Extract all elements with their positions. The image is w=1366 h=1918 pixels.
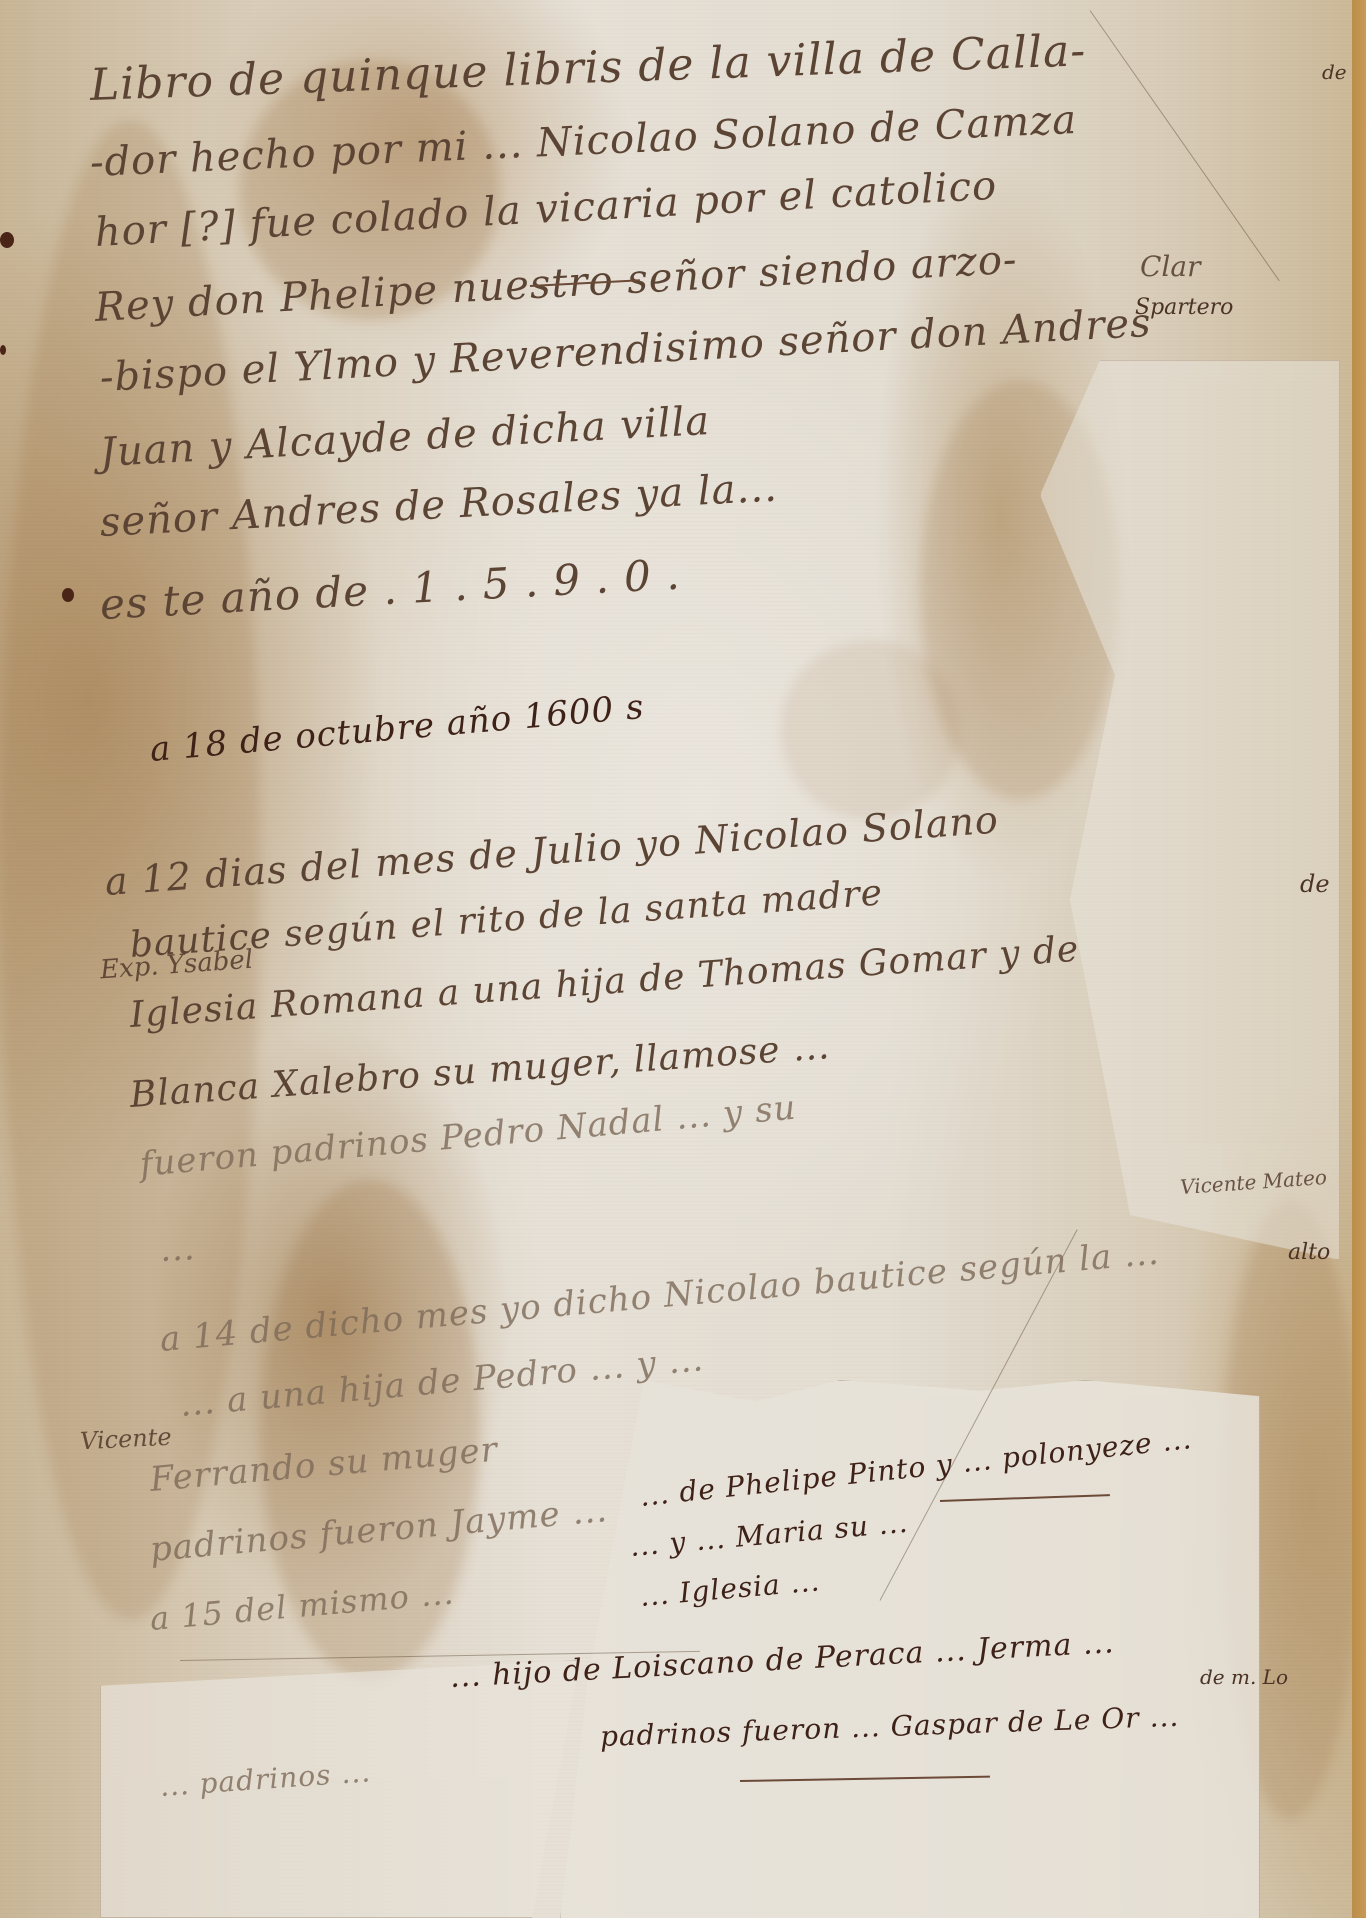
manuscript-page: Libro de quinque libris de la villa de C… (0, 0, 1366, 1918)
worm-hole (62, 588, 74, 602)
margin-note-right: Clar (1140, 250, 1200, 283)
worm-hole (0, 345, 6, 355)
worm-hole (0, 232, 14, 248)
entry-line: ... (159, 1228, 196, 1270)
margin-note-right: de (1322, 60, 1347, 84)
margin-note-right: Spartero (1135, 295, 1233, 320)
binding-edge (1352, 0, 1366, 1918)
margin-note-right: de m. Lo (1200, 1665, 1288, 1689)
margin-note-left: Vicente (79, 1423, 172, 1456)
margin-note-right: alto (1288, 1240, 1330, 1265)
water-stain (780, 640, 960, 820)
margin-note-right: de (1300, 870, 1330, 898)
